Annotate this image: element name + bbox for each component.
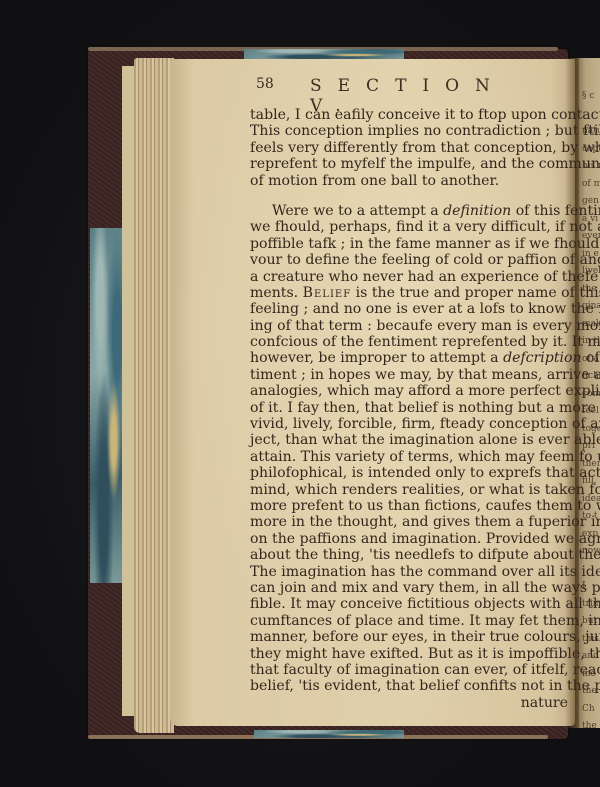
text-line: they might have exifted. But as it is im…: [250, 646, 568, 662]
text-line: on the paffions and imagination. Provide…: [250, 531, 568, 547]
text-line: analogies, which may afford a more perfe…: [250, 383, 568, 399]
facing-page-line: Ch: [579, 701, 600, 719]
text-line: This conception implies no contradiction…: [250, 123, 568, 139]
marbled-paper-left: [90, 228, 124, 583]
text-line: vour to define the feeling of cold or pa…: [250, 252, 568, 268]
marbled-paper-top: [244, 49, 404, 59]
catchword: nature: [250, 695, 568, 711]
text-line: ments. Belief is the true and proper nam…: [250, 285, 568, 301]
marbled-paper-bottom: [254, 730, 404, 738]
text-line: philofophical, is intended only to expre…: [250, 465, 568, 481]
text-line: can join and mix and vary them, in all t…: [250, 580, 568, 596]
text-line: more prefent to us than fictions, caufes…: [250, 498, 568, 514]
page-block-edge: [134, 58, 174, 733]
text-line: more in the thought, and gives them a fu…: [250, 514, 568, 530]
text-line: about the thing, 'tis needlefs to difput…: [250, 547, 568, 563]
text-line: ject, than what the imagination alone is…: [250, 432, 568, 448]
text-line: we fhould, perhaps, find it a very diffi…: [250, 219, 568, 235]
italic-word: defcription: [503, 350, 581, 366]
running-head: 58 SECTION V.: [252, 74, 572, 98]
facing-page-line: of m: [579, 176, 600, 194]
small-caps-word: Belief: [303, 285, 352, 301]
paragraph-gap: [250, 189, 568, 203]
facing-page-line: § c: [579, 88, 600, 106]
text-line: of it. I fay then, that belief is nothin…: [250, 400, 568, 416]
text-line: The imagination has the command over all…: [250, 564, 568, 580]
body-text: table, I can eafily conceive it to ftop …: [250, 107, 568, 711]
text-line: cumftances of place and time. It may fet…: [250, 613, 568, 629]
text-line: fible. It may conceive fictitious object…: [250, 596, 568, 612]
text-line: timent ; in hopes we may, by that means,…: [250, 367, 568, 383]
text-line: a creature who never had an experience o…: [250, 269, 568, 285]
text-line: feels very differently from that concept…: [250, 140, 568, 156]
text-line: belief, 'tis evident, that belief confif…: [250, 678, 568, 694]
text-line: manner, before our eyes, in their true c…: [250, 629, 568, 645]
text-line: confcious of the fentiment reprefented b…: [250, 334, 568, 350]
text-line: Were we to a attempt a definition of thi…: [250, 203, 568, 219]
text-line: of motion from one ball to another.: [250, 173, 568, 189]
text-line: however, be improper to attempt a defcri…: [250, 350, 568, 366]
text-line: feeling ; and no one is ever at a lofs t…: [250, 301, 568, 317]
text-line: table, I can eafily conceive it to ftop …: [250, 107, 568, 123]
text-line: attain. This variety of terms, which may…: [250, 449, 568, 465]
facing-page-line: the: [579, 718, 600, 728]
text-line: that faculty of imagination can ever, of…: [250, 662, 568, 678]
text-line: ing of that term : becaufe every man is …: [250, 318, 568, 334]
italic-word: definition: [443, 203, 511, 219]
page-number: 58: [256, 76, 274, 92]
text-line: mind, which renders realities, or what i…: [250, 482, 568, 498]
text-line: poffible tafk ; in the fame manner as if…: [250, 236, 568, 252]
text-line: vivid, lively, forcible, firm, fteady co…: [250, 416, 568, 432]
text-line: reprefent to myfelf the impulfe, and the…: [250, 156, 568, 172]
